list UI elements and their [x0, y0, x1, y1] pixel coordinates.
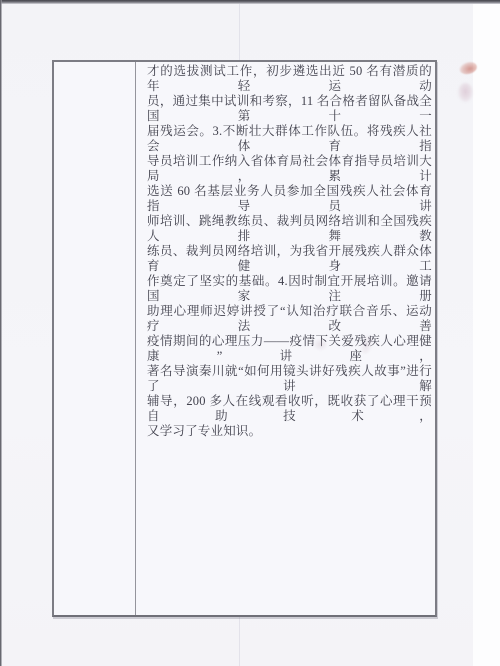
scan-left-edge-shadow	[0, 0, 2, 666]
text-line: 员，通过集中试训和考察，11 名合格者留队备战全国第十一	[147, 94, 432, 124]
text-line: 选送 60 名基层业务人员参加全国残疾人社会体育指导员讲	[147, 184, 432, 214]
text-line: 届残运会。3.不断壮大群体工作队伍。将残疾人社会体育指	[147, 124, 432, 154]
text-line: 练员、裁判员网络培训，为我省开展残疾人群众体育健身工	[147, 244, 432, 274]
table-content-cell: 才的选拔测试工作，初步遴选出近 50 名有潜质的年轻运动 员，通过集中试训和考察…	[136, 62, 435, 615]
scan-light-strip	[473, 0, 500, 666]
text-line: 助理心理师迟婷讲授了“认知治疗联合音乐、运动疗法改善	[147, 304, 432, 334]
text-line: 师培训、跳绳教练员、裁判员网络培训和全国残疾人排舞教	[147, 214, 432, 244]
text-line: 才的选拔测试工作，初步遴选出近 50 名有潜质的年轻运动	[147, 64, 432, 94]
document-table: 才的选拔测试工作，初步遴选出近 50 名有潜质的年轻运动 员，通过集中试训和考察…	[52, 60, 437, 617]
scan-top-edge-shadow	[0, 0, 500, 4]
pink-ink-smudge	[458, 83, 473, 102]
text-line: 疫情期间的心理压力——疫情下关爱残疾人心理健康”讲座，	[147, 334, 432, 364]
scanned-page: 才的选拔测试工作，初步遴选出近 50 名有潜质的年轻运动 员，通过集中试训和考察…	[0, 0, 500, 666]
table-label-cell-empty	[54, 62, 136, 615]
text-line: 著名导演秦川就“如何用镜头讲好残疾人故事”进行了讲解	[147, 364, 432, 394]
text-line: 辅导，200 多人在线观看收听，既收获了心理干预自助技术，	[147, 394, 432, 424]
text-line: 作奠定了坚实的基础。4.因时制宜开展培训。邀请国家注册	[147, 274, 432, 304]
text-line: 又学习了专业知识。	[147, 424, 432, 439]
text-line: 导员培训工作纳入省体育局社会体育指导员培训大局，累计	[147, 154, 432, 184]
